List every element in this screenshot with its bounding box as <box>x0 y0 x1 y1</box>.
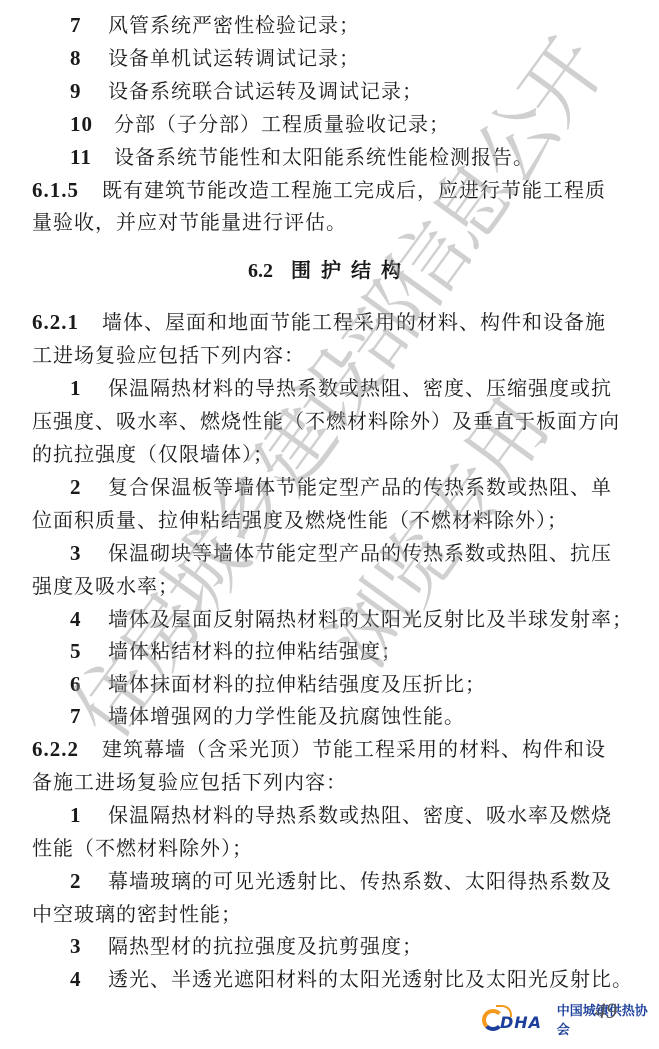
item-number: 10 <box>70 108 114 141</box>
line-text: 墙体增强网的力学性能及抗腐蚀性能。 <box>108 704 465 728</box>
list-item: 1保温隔热材料的导热系数或热阻、密度、压缩强度或抗 <box>70 372 659 405</box>
list-item: 8设备单机试运转调试记录； <box>70 42 659 75</box>
line-text: 既有建筑节能改造工程施工完成后，应进行节能工程质 <box>102 178 606 202</box>
item-number: 3 <box>70 930 108 963</box>
line-text: 分部（子分部）工程质量验收记录； <box>114 112 450 136</box>
list-item: 1保温隔热材料的导热系数或热阻、密度、吸水率及燃烧 <box>70 799 659 832</box>
list-item: 11设备系统节能性和太阳能系统性能检测报告。 <box>70 141 659 174</box>
line-text: 保温隔热材料的导热系数或热阻、密度、吸水率及燃烧 <box>108 803 612 827</box>
line-text: 保温砌块等墙体节能定型产品的传热系数或热阻、抗压 <box>108 541 612 565</box>
line-text: 设备单机试运转调试记录； <box>108 46 360 70</box>
item-number: 3 <box>70 537 108 570</box>
continuation-line: 量验收，并应对节能量进行评估。 <box>32 206 632 239</box>
list-item: 3隔热型材的抗拉强度及抗剪强度； <box>70 930 659 963</box>
continuation-line: 性能（不燃材料除外）； <box>32 832 632 865</box>
item-number: 11 <box>70 141 114 174</box>
clause-line: 6.2.2建筑幕墙（含采光顶）节能工程采用的材料、构件和设 <box>32 733 632 766</box>
clause-number: 6.2.2 <box>32 733 102 766</box>
item-number: 5 <box>70 635 108 668</box>
list-item: 6墙体抹面材料的拉伸粘结强度及压折比； <box>70 668 659 701</box>
continuation-line: 位面积质量、拉伸粘结强度及燃烧性能（不燃材料除外）； <box>32 504 632 537</box>
line-text: 设备系统联合试运转及调试记录； <box>108 79 423 103</box>
line-text: 墙体及屋面反射隔热材料的太阳光反射比及半球发射率； <box>108 607 633 631</box>
item-number: 4 <box>70 603 108 636</box>
continuation-line: 工进场复验应包括下列内容： <box>32 339 632 372</box>
item-number: 2 <box>70 865 108 898</box>
item-number: 1 <box>70 372 108 405</box>
line-text: 的抗拉强度（仅限墙体）； <box>32 442 274 466</box>
list-item: 10分部（子分部）工程质量验收记录； <box>70 108 659 141</box>
section-title: 围护结构 <box>291 258 411 282</box>
line-text: 保温隔热材料的导热系数或热阻、密度、压缩强度或抗 <box>108 376 612 400</box>
item-number: 7 <box>70 9 108 42</box>
item-number: 4 <box>70 963 108 996</box>
continuation-line: 强度及吸水率； <box>32 570 632 603</box>
clause-line: 6.1.5既有建筑节能改造工程施工完成后，应进行节能工程质 <box>32 174 632 207</box>
list-item: 5墙体粘结材料的拉伸粘结强度； <box>70 635 659 668</box>
item-number: 1 <box>70 799 108 832</box>
list-item: 3保温砌块等墙体节能定型产品的传热系数或热阻、抗压 <box>70 537 659 570</box>
line-text: 备施工进场复验应包括下列内容： <box>32 770 347 794</box>
list-item: 2幕墙玻璃的可见光透射比、传热系数、太阳得热系数及 <box>70 865 659 898</box>
line-text: 墙体抹面材料的拉伸粘结强度及压折比； <box>108 672 486 696</box>
clause-number: 6.2.1 <box>32 306 102 339</box>
continuation-line: 中空玻璃的密封性能； <box>32 898 632 931</box>
line-text: 墙体、屋面和地面节能工程采用的材料、构件和设备施 <box>102 310 606 334</box>
continuation-line: 备施工进场复验应包括下列内容： <box>32 766 632 799</box>
clause-number: 6.1.5 <box>32 174 102 207</box>
line-text: 性能（不燃材料除外）； <box>32 836 253 860</box>
document-page: 7风管系统严密性检验记录；8设备单机试运转调试记录；9设备系统联合试运转及调试记… <box>0 0 659 1049</box>
section-heading: 6.2围护结构 <box>0 253 659 287</box>
line-text: 强度及吸水率； <box>32 574 179 598</box>
continuation-line: 压强度、吸水率、燃烧性能（不燃材料除外）及垂直于板面方向 <box>32 405 632 438</box>
line-text: 风管系统严密性检验记录； <box>108 13 360 37</box>
line-text: 压强度、吸水率、燃烧性能（不燃材料除外）及垂直于板面方向 <box>32 409 620 433</box>
item-number: 6 <box>70 668 108 701</box>
item-number: 2 <box>70 471 108 504</box>
line-text: 量验收，并应对节能量进行评估。 <box>32 210 347 234</box>
line-text: 隔热型材的抗拉强度及抗剪强度； <box>108 934 423 958</box>
logo-abbreviation: DHA <box>500 1013 542 1032</box>
line-text: 建筑幕墙（含采光顶）节能工程采用的材料、构件和设 <box>102 737 606 761</box>
line-text: 透光、半透光遮阳材料的太阳光透射比及太阳光反射比。 <box>108 967 633 991</box>
publisher-logo: DHA 中国城镇供热协会 <box>482 1004 659 1034</box>
list-item: 9设备系统联合试运转及调试记录； <box>70 75 659 108</box>
list-item: 4透光、半透光遮阳材料的太阳光透射比及太阳光反射比。 <box>70 963 659 996</box>
list-item: 7风管系统严密性检验记录； <box>70 9 659 42</box>
item-number: 9 <box>70 75 108 108</box>
line-text: 幕墙玻璃的可见光透射比、传热系数、太阳得热系数及 <box>108 869 612 893</box>
line-text: 中空玻璃的密封性能； <box>32 902 242 926</box>
line-text: 设备系统节能性和太阳能系统性能检测报告。 <box>114 145 534 169</box>
list-item: 7墙体增强网的力学性能及抗腐蚀性能。 <box>70 700 659 733</box>
line-text: 位面积质量、拉伸粘结强度及燃烧性能（不燃材料除外）； <box>32 508 568 532</box>
section-number: 6.2 <box>248 260 273 282</box>
logo-mark: DHA <box>482 1005 553 1033</box>
item-number: 7 <box>70 700 108 733</box>
item-number: 8 <box>70 42 108 75</box>
continuation-line: 的抗拉强度（仅限墙体）； <box>32 438 632 471</box>
line-text: 工进场复验应包括下列内容： <box>32 343 305 367</box>
list-item: 4墙体及屋面反射隔热材料的太阳光反射比及半球发射率； <box>70 603 659 636</box>
line-text: 复合保温板等墙体节能定型产品的传热系数或热阻、单 <box>108 475 612 499</box>
list-item: 2复合保温板等墙体节能定型产品的传热系数或热阻、单 <box>70 471 659 504</box>
page-number: 49 <box>595 998 617 1024</box>
clause-line: 6.2.1墙体、屋面和地面节能工程采用的材料、构件和设备施 <box>32 306 632 339</box>
line-text: 墙体粘结材料的拉伸粘结强度； <box>108 639 402 663</box>
